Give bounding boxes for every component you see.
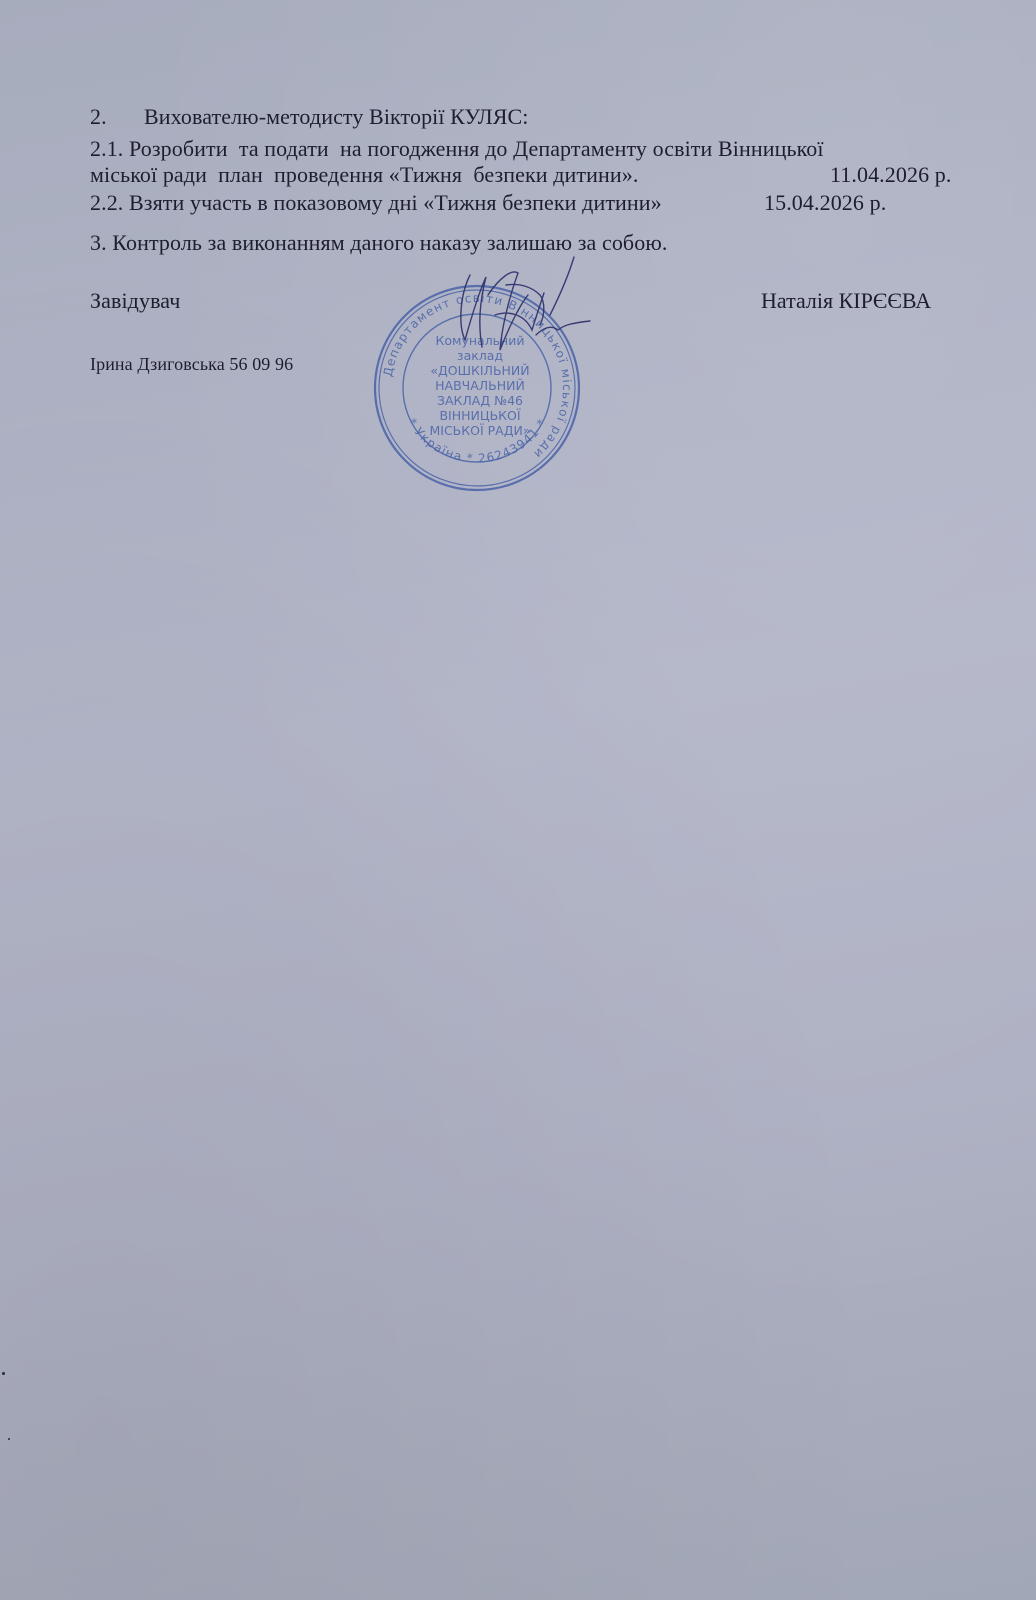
- item-2-1-line-1: 2.1. Розробити та подати на погодження д…: [90, 136, 824, 162]
- signature-position: Завідувач: [90, 288, 180, 314]
- signature-name: Наталія КІРЄЄВА: [761, 288, 931, 314]
- section-3-text: 3. Контроль за виконанням даного наказу …: [90, 230, 667, 256]
- item-2-1-line-2: міської ради план проведення «Тижня безп…: [90, 162, 638, 188]
- paper-speck: [8, 1438, 10, 1440]
- item-2-2-date: 15.04.2026 р.: [764, 190, 886, 216]
- stamp-inner-line: «ДОШКІЛЬНИЙ: [430, 363, 529, 378]
- paper-speck: [2, 1372, 5, 1375]
- executor-contact: Ірина Дзиговська 56 09 96: [90, 353, 293, 375]
- section-2-number: 2.: [90, 104, 144, 130]
- stamp-inner-line: МІСЬКОЇ РАДИ»: [429, 423, 530, 438]
- item-2-2-text: 2.2. Взяти участь в показовому дні «Тижн…: [90, 190, 662, 215]
- stamp-inner-line: ВІННИЦЬКОЇ: [439, 408, 520, 423]
- item-2-1-date: 11.04.2026 р.: [830, 162, 951, 188]
- section-2-heading-text: Вихователю-методисту Вікторії КУЛЯС:: [144, 104, 529, 129]
- stamp-inner-line: НАВЧАЛЬНИЙ: [435, 378, 525, 393]
- stamp-inner-line: ЗАКЛАД №46: [437, 393, 523, 408]
- item-2-2: 2.2. Взяти участь в показовому дні «Тижн…: [90, 190, 662, 216]
- item-2-1-line-2-text: міської ради план проведення «Тижня безп…: [90, 162, 638, 187]
- handwritten-signature: [440, 255, 600, 365]
- section-2-heading: 2.Вихователю-методисту Вікторії КУЛЯС:: [90, 104, 529, 130]
